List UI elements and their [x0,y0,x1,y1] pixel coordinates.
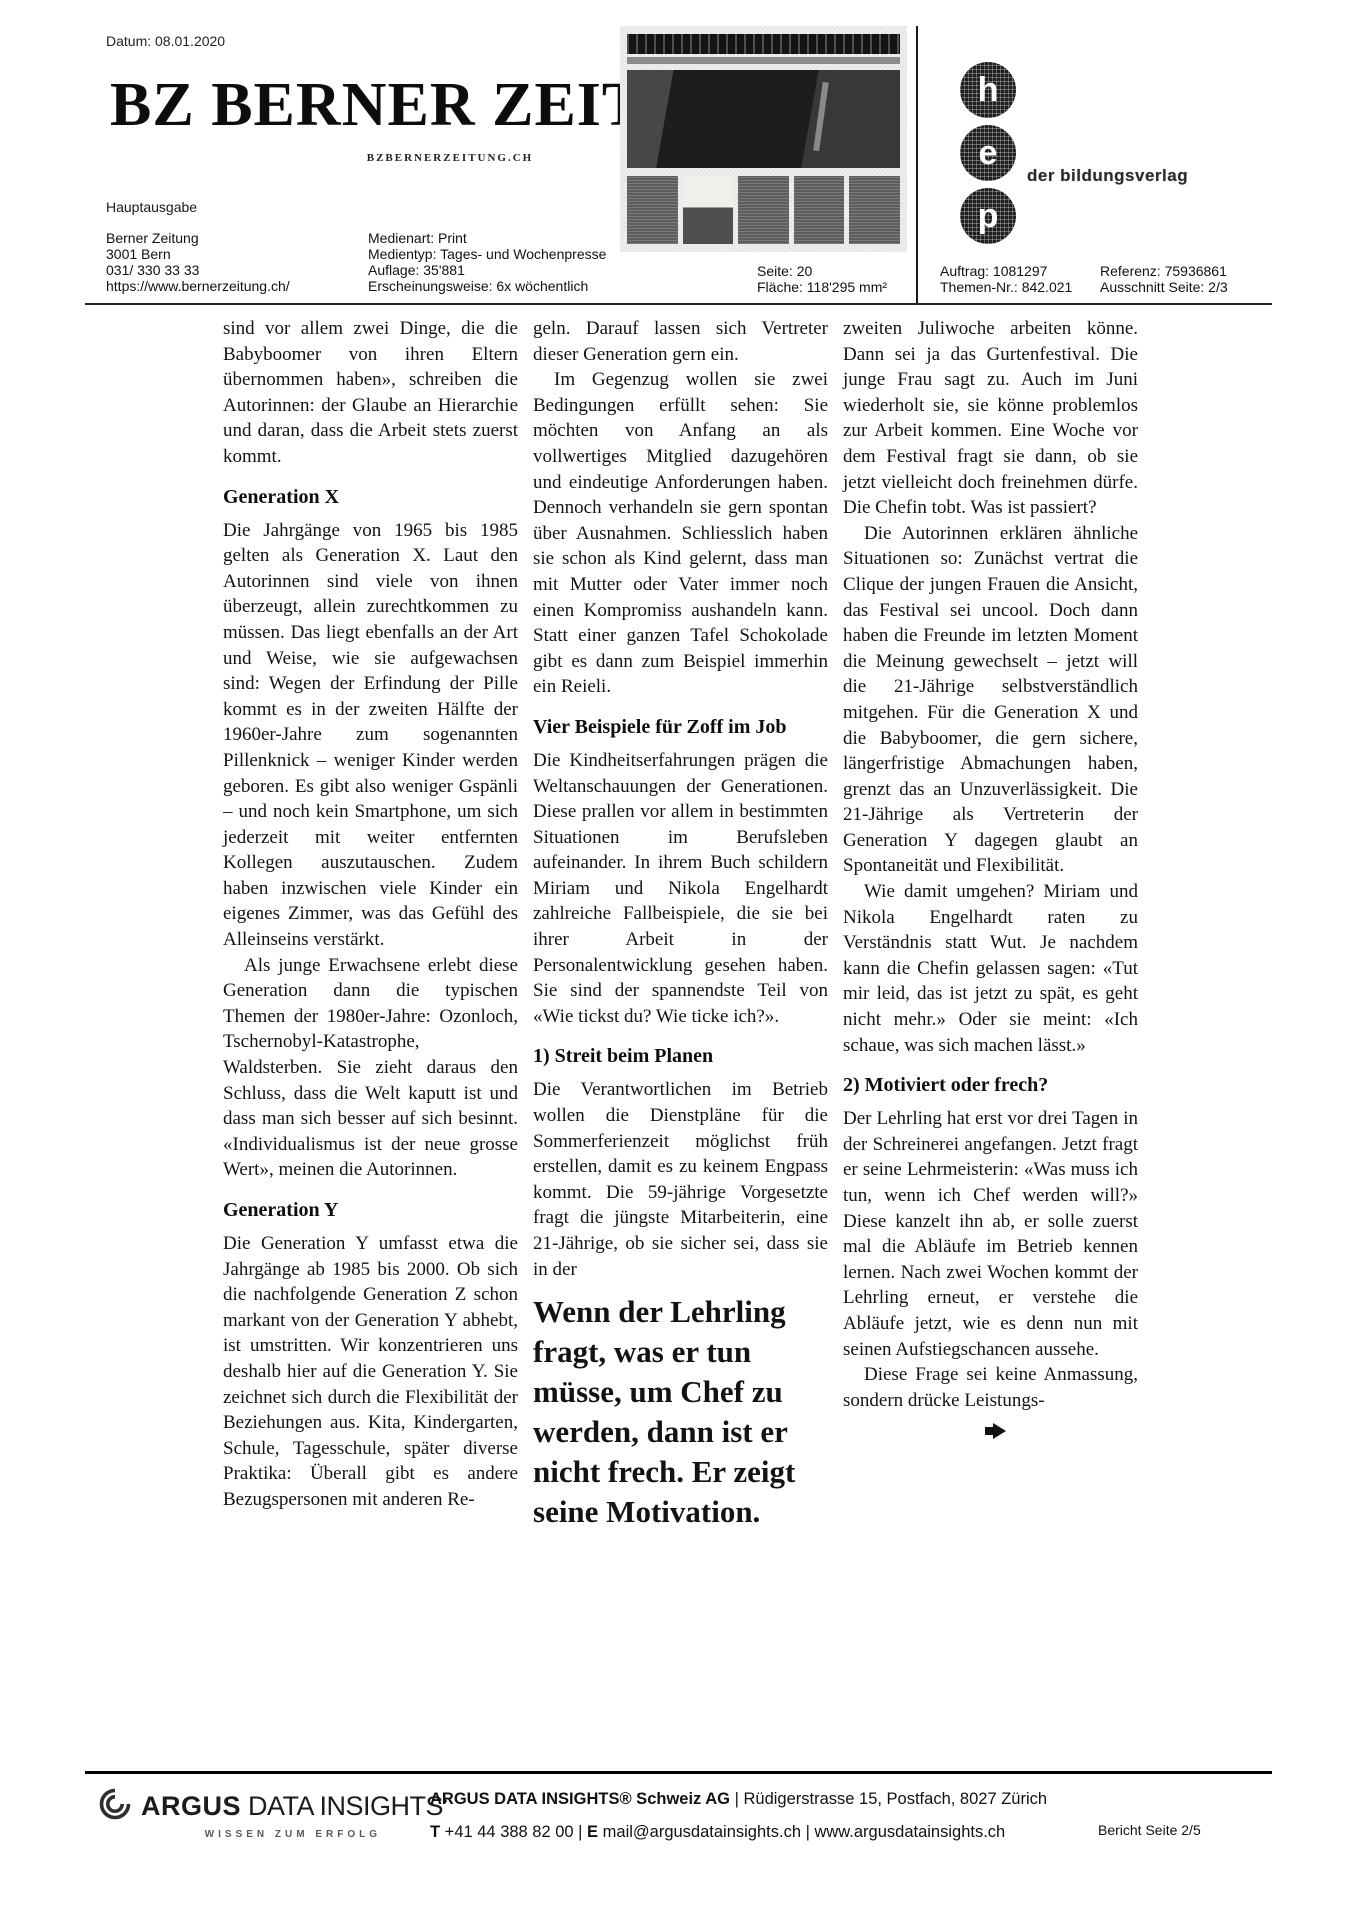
thumbnail-column [849,176,900,244]
article-column-3: zweiten Juliwoche arbeiten könne. Dann s… [843,316,1138,1532]
article-paragraph: Die Kindheitserfahrungen prägen die Welt… [533,748,828,1030]
article-paragraph: Die Jahrgänge von 1965 bis 1985 gelten a… [223,518,518,953]
edition-label: Hauptausgabe [106,199,197,215]
article-paragraph: Die Autorinnen erklären ähnliche Situati… [843,521,1138,879]
meta-text-line: Berner Zeitung [106,230,290,246]
article-paragraph: Im Gegenzug wollen sie zwei Bedingungen … [533,367,828,700]
meta-text-line: Medientyp: Tages- und Wochenpresse [368,246,606,262]
header-divider-rule [85,303,1272,305]
article-paragraph: zweiten Juliwoche arbeiten könne. Dann s… [843,316,1138,521]
article-paragraph: Als junge Erwachsene erlebt diese Genera… [223,953,518,1183]
article-subheading: Generation X [223,485,518,509]
hep-logo-circle-p: p [960,188,1016,244]
press-clipping-page: Datum: 08.01.2020 BZ BERNER ZEITUNG BZBE… [0,0,1357,1920]
source-address-block: Berner Zeitung3001 Bern031/ 330 33 33htt… [106,230,290,294]
meta-text-line: Fläche: 118'295 mm² [757,279,887,295]
hep-letter: e [979,136,998,170]
meta-text-line: Erscheinungsweise: 6x wöchentlich [368,278,606,294]
article-column-1: sind vor allem zwei Dinge, die die Babyb… [223,316,518,1532]
newspaper-thumbnail [620,26,907,252]
thumbnail-column [738,176,789,244]
thumbnail-column [627,176,678,244]
contact-line-1: ARGUS DATA INSIGHTS® Schweiz AG | Rüdige… [430,1783,1047,1816]
argus-tagline: WISSEN ZUM ERFOLG [205,1829,381,1840]
argus-logo-icon [97,1786,133,1827]
meta-text-line: https://www.bernerzeitung.ch/ [106,278,290,294]
thumbnail-masthead-bar [627,34,900,54]
thumbnail-photo [627,70,900,168]
thumbnail-subhead-bar [627,57,900,64]
article-column-2: geln. Darauf lassen sich Vertreter diese… [533,316,828,1532]
report-page-reference: Bericht Seite 2/5 [1098,1822,1201,1838]
footer-divider-rule [85,1771,1272,1774]
newspaper-masthead-url: BZBERNERZEITUNG.CH [330,152,570,164]
hep-letter: h [978,73,999,107]
article-paragraph: sind vor allem zwei Dinge, die die Babyb… [223,316,518,470]
meta-text-line: Seite: 20 [757,263,887,279]
argus-contact-block: ARGUS DATA INSIGHTS® Schweiz AG | Rüdige… [430,1783,1047,1849]
clipping-date: Datum: 08.01.2020 [106,33,225,49]
meta-text-line: Medienart: Print [368,230,606,246]
hep-logo: h e p [960,62,1016,244]
thumbnail-column [794,176,845,244]
argus-brand-block: ARGUS DATA INSIGHTS• WISSEN ZUM ERFOLG [97,1786,387,1840]
meta-text-line: Referenz: 75936861 [1100,263,1228,279]
header-vertical-divider [916,26,918,304]
meta-text-line: 3001 Bern [106,246,290,262]
article-body: sind vor allem zwei Dinge, die die Babyb… [223,316,1138,1532]
article-subheading: 1) Streit beim Planen [533,1044,828,1068]
argus-brand-name: ARGUS DATA INSIGHTS• [141,1791,448,1822]
thumbnail-column [683,176,734,244]
article-subheading: Vier Beispiele für Zoff im Job [533,715,828,739]
meta-text-line: Themen-Nr.: 842.021 [940,279,1072,295]
article-paragraph: Die Generation Y umfasst etwa die Jahrgä… [223,1231,518,1513]
article-subheading: 2) Motiviert oder frech? [843,1073,1138,1097]
hep-logo-circle-e: e [960,125,1016,181]
clip-page-block: Seite: 20Fläche: 118'295 mm² [757,263,887,295]
clip-order-block: Auftrag: 1081297Themen-Nr.: 842.021 [940,263,1072,295]
article-paragraph: Die Verantwortlichen im Betrieb wollen d… [533,1077,828,1282]
contact-line-2: T +41 44 388 82 00 | E mail@argusdatains… [430,1816,1047,1849]
meta-text-line: Ausschnitt Seite: 2/3 [1100,279,1228,295]
meta-text-line: Auflage: 35'881 [368,262,606,278]
hep-letter: p [978,199,999,233]
pull-quote: Wenn der Lehrling fragt, was er tun müss… [533,1292,828,1532]
clip-reference-block: Referenz: 75936861Ausschnitt Seite: 2/3 [1100,263,1228,295]
article-paragraph: Wie damit umgehen? Miriam und Nikola Eng… [843,879,1138,1058]
article-paragraph: geln. Darauf lassen sich Vertreter diese… [533,316,828,367]
meta-text-line: 031/ 330 33 33 [106,262,290,278]
hep-logo-circle-h: h [960,62,1016,118]
article-paragraph: Der Lehrling hat erst vor drei Tagen in … [843,1106,1138,1362]
hep-logo-tagline: der bildungsverlag [1027,166,1188,186]
article-subheading: Generation Y [223,1198,518,1222]
thumbnail-text-columns [627,176,900,244]
article-paragraph: Diese Frage sei keine Anmassung, sondern… [843,1362,1138,1413]
meta-text-line: Auftrag: 1081297 [940,263,1072,279]
continuation-arrow-icon [993,1423,1014,1439]
media-info-block: Medienart: PrintMedientyp: Tages- und Wo… [368,230,606,294]
